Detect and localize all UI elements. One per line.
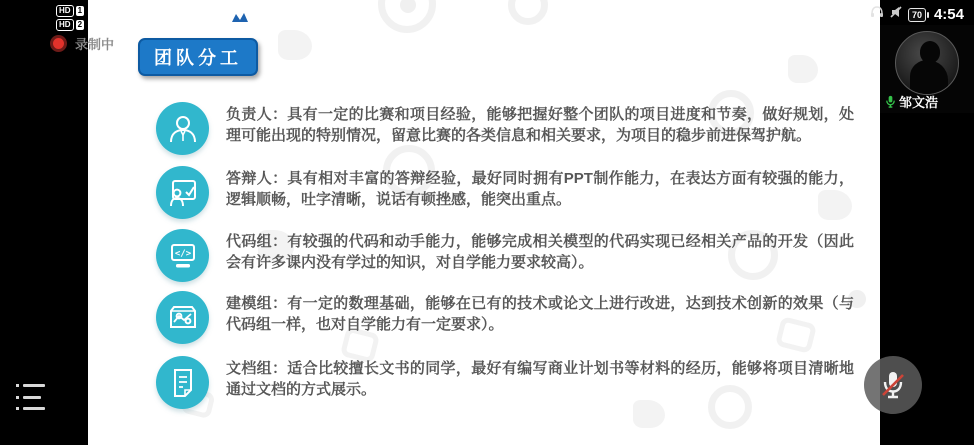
avatar [895,31,959,95]
battery-icon: 70 [908,8,929,22]
slide-title-badge: 团队分工 [138,38,258,76]
presenter-icon [156,166,209,219]
code-icon: </> [156,229,209,282]
battery-level: 70 [908,8,926,22]
mute-icon [889,5,903,24]
role-item-text: 负责人：具有一定的比赛和项目经验，能够把握好整个团队的项目进度和节奏，做好规划，… [226,102,854,146]
hd-badge-1: HD 1 [56,5,84,17]
role-item-text: 答辩人：具有相对丰富的答辩经验，最好同时拥有PPT制作能力，在表达方面有较强的能… [226,166,854,210]
modeling-icon [156,291,209,344]
clock-time: 4:54 [934,6,964,23]
recording-label: 录制中 [75,34,114,53]
role-item-document: 文档组：适合比较擅长文书的同学，最好有编写商业计划书等材料的经历，能够将项目清晰… [156,356,854,409]
hd-badge-2: HD 2 [56,19,84,31]
mic-mute-button[interactable] [864,356,922,414]
participant-name-row: 邹文浩 [884,92,938,111]
hd-icon: HD [56,19,74,31]
role-item-code: </> 代码组：有较强的代码和动手能力，能够完成相关模型的代码实现已经相关产品的… [156,229,854,282]
member-list-button[interactable] [16,384,48,410]
record-dot-icon [50,35,67,52]
role-item-text: 建模组：有一定的数理基础，能够在已有的技术或论文上进行改进，达到技术创新的效果（… [226,291,854,335]
participant-video-tile[interactable]: 邹文浩 [880,25,974,113]
leader-person-icon [156,102,209,155]
headset-icon [870,5,884,24]
participant-name: 邹文浩 [899,92,938,111]
recording-indicator: 录制中 [50,34,114,53]
mic-on-icon [884,95,897,108]
hd-icon: HD [56,5,74,17]
mic-muted-icon [876,368,910,402]
shared-screen-slide: 团队分工 负责人：具有一定的比赛和项目经验，能够把握好整个团队的项目进度和节奏，… [88,0,880,445]
role-item-text: 代码组：有较强的代码和动手能力，能够完成相关模型的代码实现已经相关产品的开发（因… [226,229,854,273]
mini-app-logo-icon [231,10,249,28]
role-item-text: 文档组：适合比较擅长文书的同学，最好有编写商业计划书等材料的经历，能够将项目清晰… [226,356,854,400]
phone-screen: 团队分工 负责人：具有一定的比赛和项目经验，能够把握好整个团队的项目进度和节奏，… [0,0,974,445]
role-item-leader: 负责人：具有一定的比赛和项目经验，能够把握好整个团队的项目进度和节奏，做好规划，… [156,102,854,155]
document-icon [156,356,209,409]
svg-text:</>: </> [174,249,191,259]
role-item-presenter: 答辩人：具有相对丰富的答辩经验，最好同时拥有PPT制作能力，在表达方面有较强的能… [156,166,854,219]
role-item-modeling: 建模组：有一定的数理基础，能够在已有的技术或论文上进行改进，达到技术创新的效果（… [156,291,854,344]
status-bar-right: 70 4:54 [870,5,964,24]
hd-channel-badges: HD 1 HD 2 [56,5,84,33]
slide-title: 团队分工 [154,48,242,68]
